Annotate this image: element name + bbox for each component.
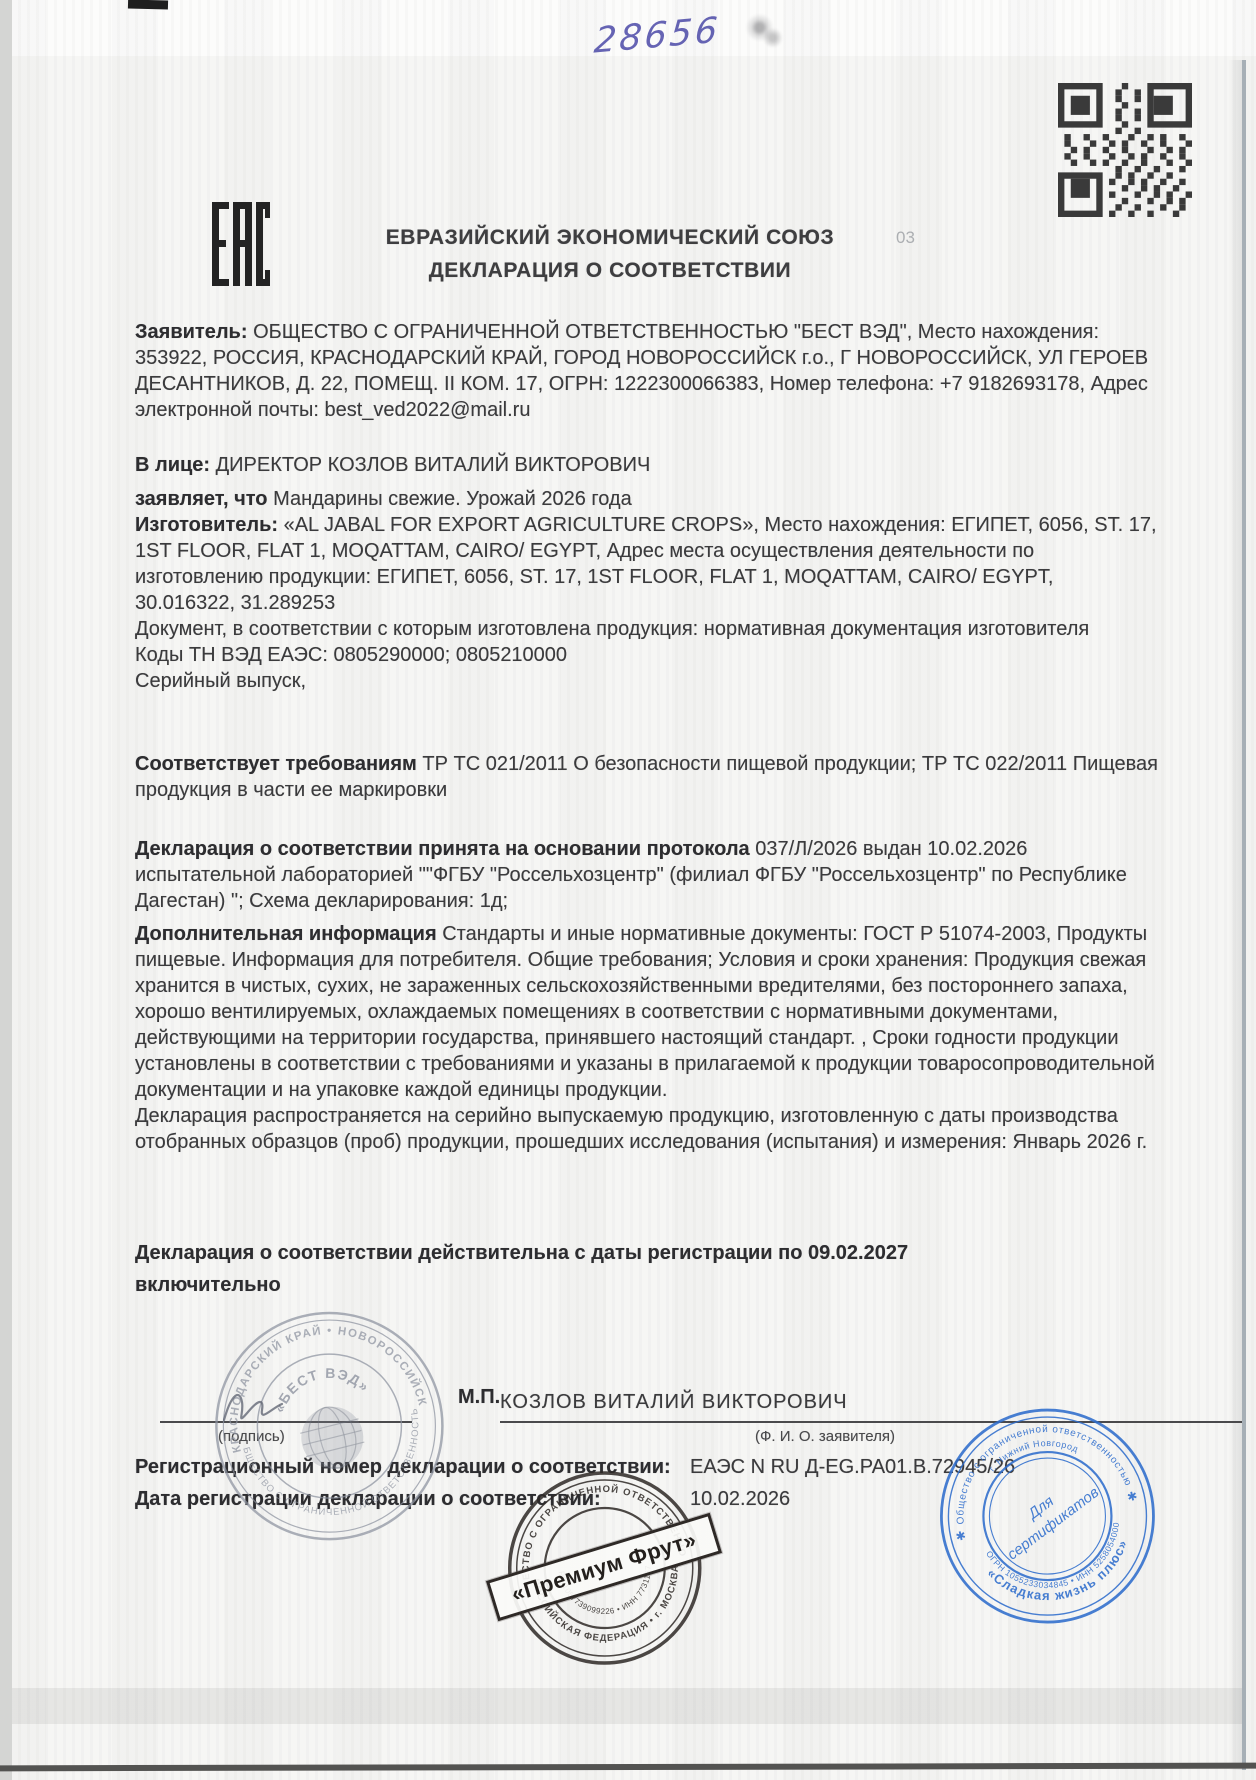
validity-line2: включительно <box>135 1272 1159 1298</box>
eac-logo <box>212 202 270 291</box>
scan-bottom-band <box>12 1688 1246 1724</box>
scan-bottom-edge <box>0 1763 1256 1772</box>
blue-stamp-star-left: ✱ <box>954 1528 967 1544</box>
union-title: ЕВРАЗИЙСКИЙ ЭКОНОМИЧЕСКИЙ СОЮЗ <box>300 226 920 250</box>
blue-stamp-center-line2: сертификатов <box>1004 1484 1102 1564</box>
applicant-paragraph: Заявитель: ОБЩЕСТВО С ОГРАНИЧЕННОЙ ОТВЕТ… <box>135 319 1159 423</box>
validity-line1: Декларация о соответствии действительна … <box>135 1240 1159 1266</box>
scanned-declaration-document: 28656 03 <box>0 0 1256 1780</box>
additional-label: Дополнительная информация <box>135 923 437 945</box>
qr-code-icon <box>1058 82 1192 218</box>
additional-info-block: Дополнительная информация Стандарты и ин… <box>135 921 1159 1155</box>
product-block: заявляет, что Мандарины свежие. Урожай 2… <box>135 486 1159 694</box>
handwritten-signature <box>218 1382 288 1434</box>
ink-smudge <box>742 14 786 48</box>
compliance-label: Соответствует требованиям <box>135 753 417 775</box>
registration-date-value: 10.02.2026 <box>690 1488 790 1511</box>
tnved-codes-line: Коды ТН ВЭД ЕАЭС: 0805290000; 0805210000 <box>135 642 1159 668</box>
mp-label: М.П. <box>458 1386 500 1409</box>
document-header: ЕВРАЗИЙСКИЙ ЭКОНОМИЧЕСКИЙ СОЮЗ ДЕКЛАРАЦИ… <box>300 226 920 283</box>
scan-right-shadow <box>1228 60 1242 1770</box>
representative-label: В лице: <box>135 454 210 476</box>
blue-stamp-star-right: ✱ <box>1126 1489 1139 1505</box>
manufacturer-paragraph: Изготовитель: «AL JABAL FOR EXPORT AGRIC… <box>135 512 1159 616</box>
serial-scope-paragraph: Декларация распространяется на серийно в… <box>135 1103 1159 1155</box>
representative-text: ДИРЕКТОР КОЗЛОВ ВИТАЛИЙ ВИКТОРОВИЧ <box>216 454 651 476</box>
product-doc-line: Документ, в соответствии с которым изгот… <box>135 616 1159 642</box>
scan-corner-artifact <box>128 0 168 10</box>
compliance-paragraph: Соответствует требованиям ТР ТС 021/2011… <box>135 751 1159 803</box>
scan-right-edge <box>1242 60 1246 1770</box>
declares-text: Мандарины свежие. Урожай 2026 года <box>273 488 632 510</box>
additional-paragraph: Дополнительная информация Стандарты и ин… <box>135 921 1159 1103</box>
sladkaya-zhizn-stamp: Общество с ограниченной ответственностью… <box>916 1384 1181 1653</box>
basis-label: Декларация о соответствии принята на осн… <box>135 838 750 860</box>
declares-label: заявляет, что <box>135 488 268 510</box>
representative-paragraph: В лице: ДИРЕКТОР КОЗЛОВ ВИТАЛИЙ ВИКТОРОВ… <box>135 452 1159 478</box>
name-caption: (Ф. И. О. заявителя) <box>755 1428 895 1445</box>
additional-text: Стандарты и иные нормативные документы: … <box>135 923 1155 1101</box>
declares-line: заявляет, что Мандарины свежие. Урожай 2… <box>135 486 1159 512</box>
manufacturer-text: «AL JABAL FOR EXPORT AGRICULTURE CROPS»,… <box>135 514 1157 614</box>
scan-left-edge <box>0 0 12 1780</box>
applicant-label: Заявитель: <box>135 321 248 343</box>
document-title: ДЕКЛАРАЦИЯ О СООТВЕТСТВИИ <box>300 259 920 283</box>
applicant-text: ОБЩЕСТВО С ОГРАНИЧЕННОЙ ОТВЕТСТВЕННОСТЬЮ… <box>135 321 1148 421</box>
applicant-name: КОЗЛОВ ВИТАЛИЙ ВИКТОРОВИЧ <box>500 1391 848 1414</box>
manufacturer-label: Изготовитель: <box>135 514 278 536</box>
serial-line: Серийный выпуск, <box>135 668 1159 694</box>
basis-paragraph: Декларация о соответствии принята на осн… <box>135 836 1159 914</box>
